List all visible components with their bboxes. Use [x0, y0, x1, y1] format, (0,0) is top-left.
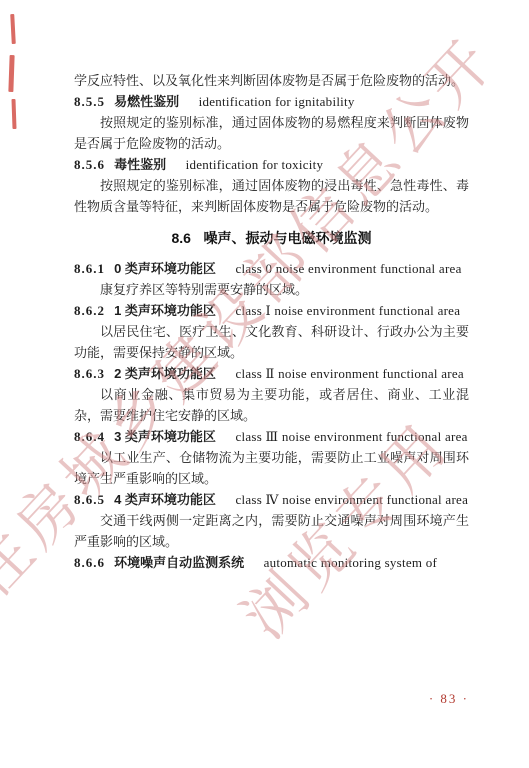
definition-paragraph: 按照规定的鉴别标准，通过固体废物的浸出毒性、急性毒性、毒性物质含量等特征，来判断…: [74, 175, 469, 217]
definition-paragraph: 以居民住宅、医疗卫生、文化教育、科研设计、行政办公为主要功能，需要保持安静的区域…: [74, 321, 469, 363]
term-number: 8.6.4: [74, 429, 105, 444]
term-english: class Ⅳ noise environment functional are…: [235, 492, 468, 507]
term-chinese: 4 类声环境功能区: [114, 492, 216, 507]
term-entry: 8.6.54 类声环境功能区class Ⅳ noise environment …: [74, 489, 469, 510]
term-number: 8.6.3: [74, 366, 105, 381]
red-edge-mark: [10, 14, 16, 44]
term-chinese: 毒性鉴别: [114, 157, 166, 172]
term-chinese: 3 类声环境功能区: [114, 429, 216, 444]
term-entry: 8.6.32 类声环境功能区class Ⅱ noise environment …: [74, 363, 469, 384]
term-chinese: 1 类声环境功能区: [114, 303, 216, 318]
term-entry: 8.5.5易燃性鉴别identification for ignitabilit…: [74, 91, 469, 112]
term-entry: 8.6.10 类声环境功能区class 0 noise environment …: [74, 258, 469, 279]
term-english: class 0 noise environment functional are…: [235, 261, 461, 276]
term-number: 8.5.6: [74, 157, 105, 172]
content-blocks: 8.5.5易燃性鉴别identification for ignitabilit…: [74, 91, 469, 573]
term-chinese: 2 类声环境功能区: [114, 366, 216, 381]
red-edge-mark: [8, 55, 14, 92]
term-english: identification for ignitability: [199, 94, 355, 109]
section-heading: 8.6噪声、振动与电磁环境监测: [74, 227, 469, 249]
red-edge-mark: [11, 99, 16, 129]
definition-paragraph: 交通干线两侧一定距离之内，需要防止交通噪声对周围环境产生严重影响的区域。: [74, 510, 469, 552]
term-entry: 8.6.6环境噪声自动监测系统automatic monitoring syst…: [74, 552, 469, 573]
term-number: 8.5.5: [74, 94, 105, 109]
term-chinese: 环境噪声自动监测系统: [114, 555, 244, 570]
section-number: 8.6: [171, 230, 190, 246]
term-english: identification for toxicity: [186, 157, 324, 172]
definition-paragraph: 康复疗养区等特别需要安静的区域。: [74, 279, 469, 300]
term-english: class Ⅱ noise environment functional are…: [235, 366, 464, 381]
term-entry: 8.6.43 类声环境功能区class Ⅲ noise environment …: [74, 426, 469, 447]
page-number: · 83 ·: [429, 691, 469, 707]
term-number: 8.6.5: [74, 492, 105, 507]
term-chinese: 易燃性鉴别: [114, 94, 179, 109]
section-title: 噪声、振动与电磁环境监测: [204, 230, 372, 246]
term-number: 8.6.6: [74, 555, 105, 570]
definition-paragraph: 以商业金融、集市贸易为主要功能，或者居住、商业、工业混杂，需要维护住宅安静的区域…: [74, 384, 469, 426]
term-entry: 8.6.21 类声环境功能区class Ⅰ noise environment …: [74, 300, 469, 321]
term-english: class Ⅰ noise environment functional are…: [235, 303, 460, 318]
page-body: 学反应特性、以及氧化性来判断固体废物是否属于危险废物的活动。 8.5.5易燃性鉴…: [74, 70, 469, 573]
term-chinese: 0 类声环境功能区: [114, 261, 216, 276]
term-number: 8.6.2: [74, 303, 105, 318]
definition-paragraph: 以工业生产、仓储物流为主要功能，需要防止工业噪声对周围环境产生严重影响的区域。: [74, 447, 469, 489]
term-english: automatic monitoring system of: [264, 555, 438, 570]
continuation-paragraph: 学反应特性、以及氧化性来判断固体废物是否属于危险废物的活动。: [74, 70, 469, 91]
document-page: 住房城乡建设部信息公开 浏览专用 学反应特性、以及氧化性来判断固体废物是否属于危…: [0, 0, 529, 768]
term-number: 8.6.1: [74, 261, 105, 276]
definition-paragraph: 按照规定的鉴别标准，通过固体废物的易燃程度来判断固体废物是否属于危险废物的活动。: [74, 112, 469, 154]
term-entry: 8.5.6毒性鉴别identification for toxicity: [74, 154, 469, 175]
term-english: class Ⅲ noise environment functional are…: [235, 429, 467, 444]
